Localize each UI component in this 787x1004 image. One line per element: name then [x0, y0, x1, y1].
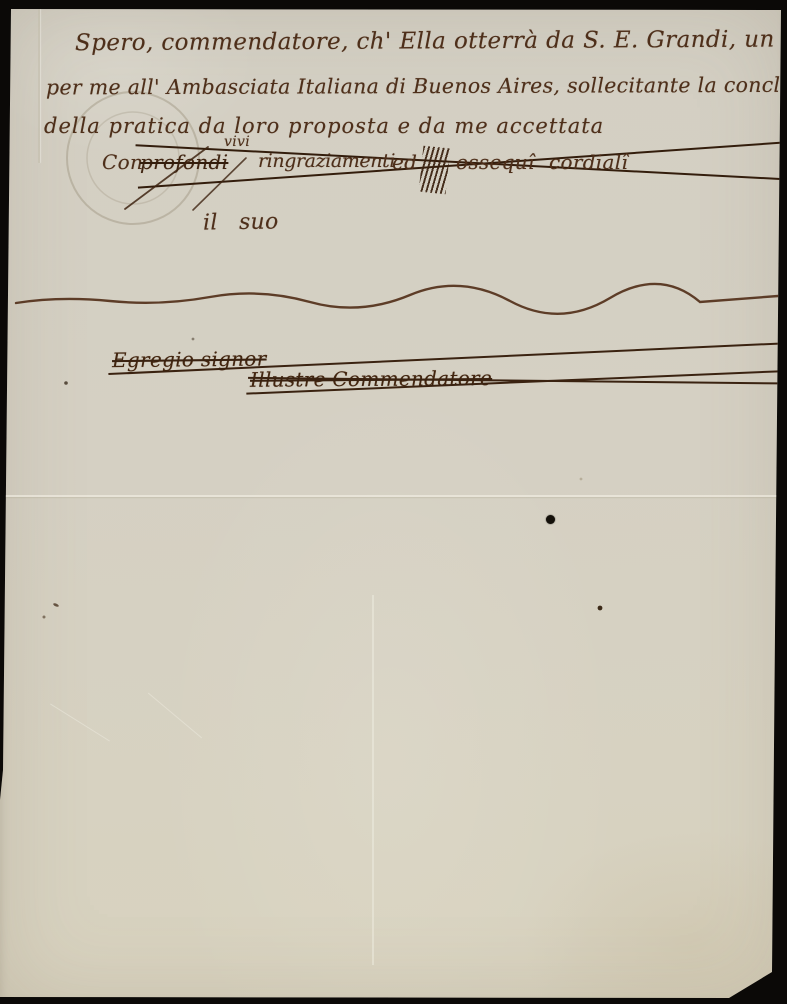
- inserted-word-vivi: vivi: [224, 134, 250, 150]
- letter-paper-sheet: Spero, commendatore, ch' Ella otterrà da…: [0, 0, 787, 1004]
- hand-drawn-ink-rule: [16, 284, 778, 314]
- paper-scratch: [50, 704, 110, 742]
- ink-speck: [43, 616, 46, 619]
- vertical-fold-crease-center: [372, 595, 374, 965]
- closing-word-cordiali: cordialî: [549, 150, 628, 174]
- ink-speck: [192, 338, 195, 341]
- closing-word-ed: ed: [392, 150, 417, 174]
- ink-speck: [580, 478, 583, 481]
- handwriting-line-2: per me all' Ambasciata Italiana di Bueno…: [46, 73, 787, 100]
- ink-scribble-obliterated-word: [419, 146, 451, 195]
- punch-hole-dot: [546, 515, 555, 524]
- ink-speck: [64, 381, 68, 385]
- struck-salutation-illustre-commendatore: Illustre Commendatore: [250, 362, 787, 391]
- paper-scratch: [148, 693, 202, 739]
- handwriting-line-1: Spero, commendatore, ch' Ella otterrà da…: [75, 26, 787, 56]
- vertical-fold-crease-top-left: [38, 8, 40, 163]
- handwriting-line-3: della pratica da loro proposta e da me a…: [44, 114, 604, 138]
- closing-word-ossequi: ossequî: [456, 150, 535, 174]
- closing-word-ringraziamenti: ringraziamenti: [258, 150, 395, 172]
- ink-speck: [598, 606, 603, 611]
- ink-speck: [53, 602, 60, 607]
- signature-lead-il-suo: il suo: [203, 209, 279, 235]
- closing-word-con: Con: [102, 150, 143, 174]
- horizontal-fold-crease: [0, 495, 787, 497]
